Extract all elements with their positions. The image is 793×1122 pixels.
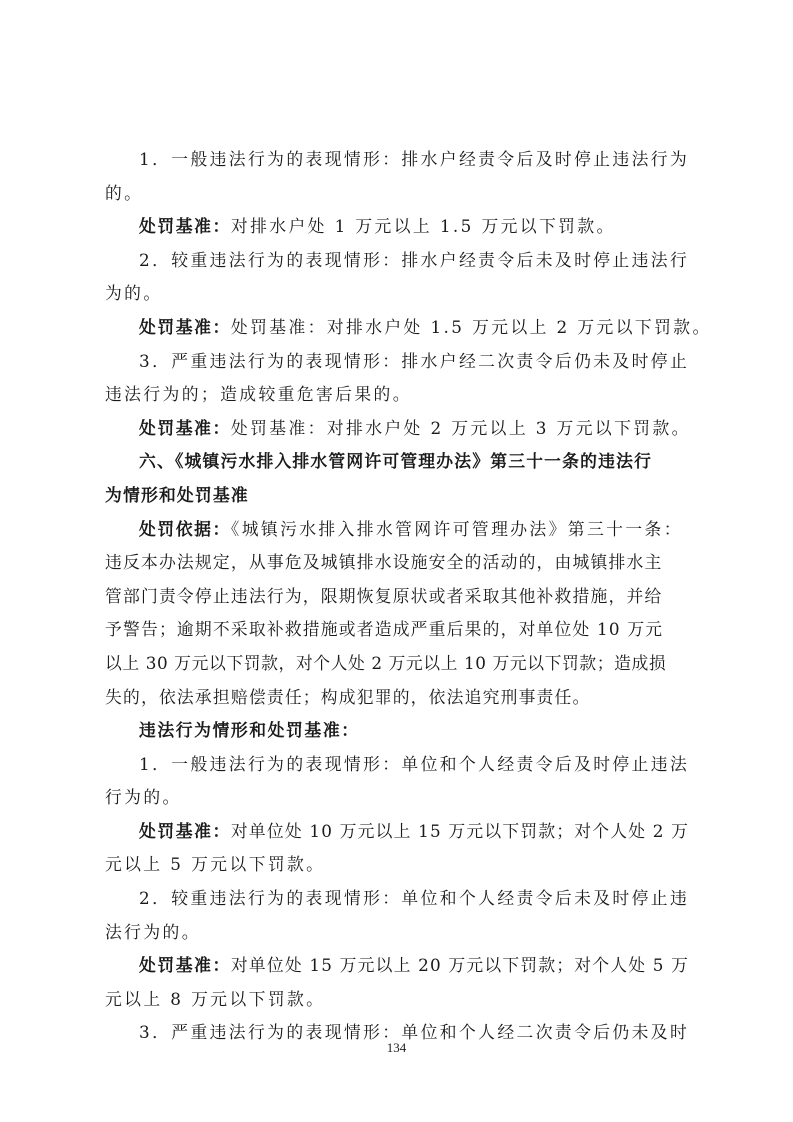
penalty-label: 处罚基准：	[139, 418, 231, 438]
paragraph-text: 为的。	[105, 283, 163, 303]
penalty-text: 处罚基准：对排水户处 2 万元以上 3 万元以下罚款。	[231, 418, 691, 438]
paragraph-text: 予警告；逾期不采取补救措施或者造成严重后果的，对单位处 10 万元	[105, 619, 663, 639]
subheading: 违法行为情形和处罚基准：	[105, 714, 685, 748]
paragraph-text: 的。	[105, 183, 143, 203]
document-body: 1．一般违法行为的表现情形：排水户经责令后及时停止违法行为 的。 处罚基准：对排…	[105, 143, 685, 1050]
basis-line-2: 违反本办法规定，从事危及城镇排水设施安全的活动的，由城镇排水主	[105, 546, 685, 580]
paragraph-text: 违反本办法规定，从事危及城镇排水设施安全的活动的，由城镇排水主	[105, 552, 662, 572]
section-heading: 为情形和处罚基准	[105, 485, 249, 505]
penalty-basis: 处罚依据：《城镇污水排入排水管网许可管理办法》第三十一条：	[105, 513, 685, 547]
page-number: 134	[0, 1040, 793, 1056]
paragraph-text: 1．一般违法行为的表现情形：单位和个人经责令后及时停止违法	[139, 754, 689, 774]
penalty-standard-b2: 处罚基准：对单位处 15 万元以上 20 万元以下罚款；对个人处 5 万	[105, 949, 685, 983]
item-b2-line-1: 2．较重违法行为的表现情形：单位和个人经责令后未及时停止违	[105, 882, 685, 916]
penalty-standard-b2-cont: 元以上 8 万元以下罚款。	[105, 983, 685, 1017]
item-3-line-2: 违法行为的；造成较重危害后果的。	[105, 378, 685, 412]
paragraph-text: 2．较重违法行为的表现情形：单位和个人经责令后未及时停止违	[139, 888, 689, 908]
section-heading-line-1: 六、《城镇污水排入排水管网许可管理办法》第三十一条的违法行	[105, 445, 685, 479]
penalty-standard-b1: 处罚基准：对单位处 10 万元以上 15 万元以下罚款；对个人处 2 万	[105, 815, 685, 849]
paragraph-text: 以上 30 万元以下罚款，对个人处 2 万元以上 10 万元以下罚款；造成损	[105, 653, 666, 673]
penalty-standard-1: 处罚基准：对排水户处 1 万元以上 1.5 万元以下罚款。	[105, 210, 685, 244]
item-2-line-1: 2．较重违法行为的表现情形：排水户经责令后未及时停止违法行	[105, 244, 685, 278]
penalty-label: 处罚基准：	[139, 216, 231, 236]
item-b2-line-2: 法行为的。	[105, 916, 685, 950]
penalty-basis-text: 《城镇污水排入排水管网许可管理办法》第三十一条：	[231, 519, 683, 539]
basis-line-3: 管部门责令停止违法行为，限期恢复原状或者采取其他补救措施，并给	[105, 580, 685, 614]
penalty-label: 处罚基准：	[139, 317, 231, 337]
section-heading: 六、《城镇污水排入排水管网许可管理办法》第三十一条的违法行	[139, 451, 652, 471]
section-heading-line-2: 为情形和处罚基准	[105, 479, 685, 513]
paragraph-text: 元以上 5 万元以下罚款。	[105, 854, 325, 874]
penalty-label: 处罚基准：	[139, 821, 231, 841]
penalty-text: 对单位处 15 万元以上 20 万元以下罚款；对个人处 5 万	[231, 955, 689, 975]
subheading-text: 违法行为情形和处罚基准：	[139, 720, 360, 740]
penalty-basis-label: 处罚依据：	[139, 519, 231, 539]
paragraph-text: 3．严重违法行为的表现情形：排水户经二次责令后仍未及时停止	[139, 351, 689, 371]
paragraph-text: 违法行为的；造成较重危害后果的。	[105, 384, 412, 404]
item-2-line-2: 为的。	[105, 277, 685, 311]
item-1-line-2: 的。	[105, 177, 685, 211]
basis-line-6: 失的，依法承担赔偿责任；构成犯罪的，依法追究刑事责任。	[105, 681, 685, 715]
penalty-text: 处罚基准：对排水户处 1.5 万元以上 2 万元以下罚款。	[231, 317, 712, 337]
paragraph-text: 2．较重违法行为的表现情形：排水户经责令后未及时停止违法行	[139, 250, 689, 270]
penalty-standard-3: 处罚基准：处罚基准：对排水户处 2 万元以上 3 万元以下罚款。	[105, 412, 685, 446]
paragraph-text: 元以上 8 万元以下罚款。	[105, 989, 325, 1009]
penalty-standard-b1-cont: 元以上 5 万元以下罚款。	[105, 848, 685, 882]
paragraph-text: 管部门责令停止违法行为，限期恢复原状或者采取其他补救措施，并给	[105, 586, 662, 606]
penalty-label: 处罚基准：	[139, 955, 231, 975]
paragraph-text: 行为的。	[105, 787, 182, 807]
penalty-standard-2: 处罚基准：处罚基准：对排水户处 1.5 万元以上 2 万元以下罚款。	[105, 311, 685, 345]
item-b1-line-1: 1．一般违法行为的表现情形：单位和个人经责令后及时停止违法	[105, 748, 685, 782]
penalty-text: 对单位处 10 万元以上 15 万元以下罚款；对个人处 2 万	[231, 821, 689, 841]
basis-line-5: 以上 30 万元以下罚款，对个人处 2 万元以上 10 万元以下罚款；造成损	[105, 647, 685, 681]
paragraph-text: 法行为的。	[105, 922, 201, 942]
paragraph-text: 1．一般违法行为的表现情形：排水户经责令后及时停止违法行为	[139, 149, 689, 169]
item-b1-line-2: 行为的。	[105, 781, 685, 815]
item-1-line-1: 1．一般违法行为的表现情形：排水户经责令后及时停止违法行为	[105, 143, 685, 177]
basis-line-4: 予警告；逾期不采取补救措施或者造成严重后果的，对单位处 10 万元	[105, 613, 685, 647]
item-3-line-1: 3．严重违法行为的表现情形：排水户经二次责令后仍未及时停止	[105, 345, 685, 379]
paragraph-text: 失的，依法承担赔偿责任；构成犯罪的，依法追究刑事责任。	[105, 687, 591, 707]
penalty-text: 对排水户处 1 万元以上 1.5 万元以下罚款。	[231, 216, 616, 236]
